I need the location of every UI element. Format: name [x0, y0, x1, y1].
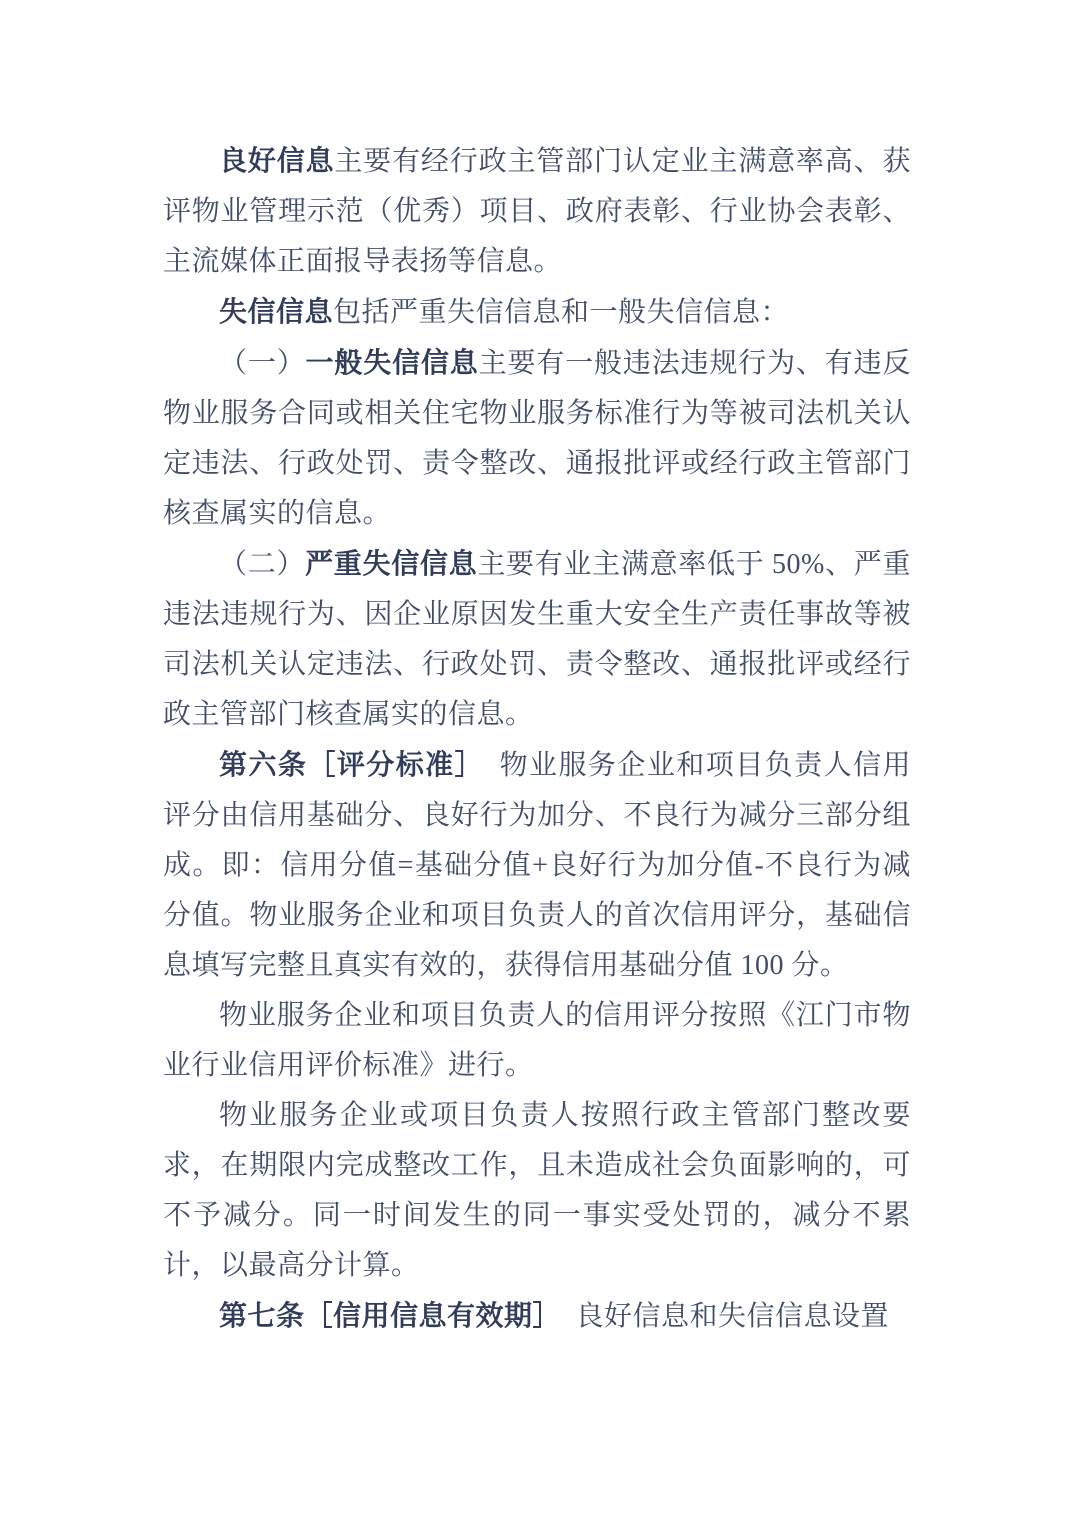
paragraph: 物业服务企业和项目负责人的信用评分按照《江门市物业行业信用评价标准》进行。: [163, 991, 911, 1091]
text-run: 物业服务企业或项目负责人按照行政主管部门整改要求，在期限内完成整改工作，且未造成…: [163, 1100, 911, 1281]
paragraph: 失信信息包括严重失信信息和一般失信信息：: [163, 287, 911, 338]
text-run: （二）: [219, 549, 305, 580]
bold-text-run: 一般失信信息: [306, 347, 479, 378]
text-run: 物业服务企业和项目负责人信用评分由信用基础分、良好行为加分、不良行为减分三部分组…: [163, 750, 911, 981]
bold-text-run: 第六条［评分标准］: [219, 749, 470, 780]
document-text-block: 良好信息主要有经行政主管部门认定业主满意率高、获评物业管理示范（优秀）项目、政府…: [163, 136, 911, 1342]
paragraph: 第七条［信用信息有效期］ 良好信息和失信信息设置: [163, 1291, 911, 1342]
paragraph: 良好信息主要有经行政主管部门认定业主满意率高、获评物业管理示范（优秀）项目、政府…: [163, 136, 911, 287]
text-run: 包括严重失信信息和一般失信信息：: [333, 297, 789, 328]
bold-text-run: 第七条［信用信息有效期］: [219, 1300, 547, 1331]
text-run: 物业服务企业和项目负责人的信用评分按照《江门市物业行业信用评价标准》进行。: [163, 1000, 911, 1081]
bold-text-run: 良好信息: [219, 145, 334, 176]
paragraph: 第六条［评分标准］ 物业服务企业和项目负责人信用评分由信用基础分、良好行为加分、…: [163, 740, 911, 991]
paragraph: 物业服务企业或项目负责人按照行政主管部门整改要求，在期限内完成整改工作，且未造成…: [163, 1091, 911, 1291]
text-run: （一）: [219, 348, 306, 379]
paragraph: （二）严重失信信息主要有业主满意率低于 50%、严重违法违规行为、因企业原因发生…: [163, 539, 911, 740]
document-page: 良好信息主要有经行政主管部门认定业主满意率高、获评物业管理示范（优秀）项目、政府…: [0, 0, 1080, 1526]
bold-text-run: 失信信息: [219, 296, 333, 327]
paragraph: （一）一般失信信息主要有一般违法违规行为、有违反物业服务合同或相关住宅物业服务标…: [163, 338, 911, 539]
text-run: 良好信息和失信信息设置: [547, 1301, 889, 1332]
bold-text-run: 严重失信信息: [305, 548, 477, 579]
